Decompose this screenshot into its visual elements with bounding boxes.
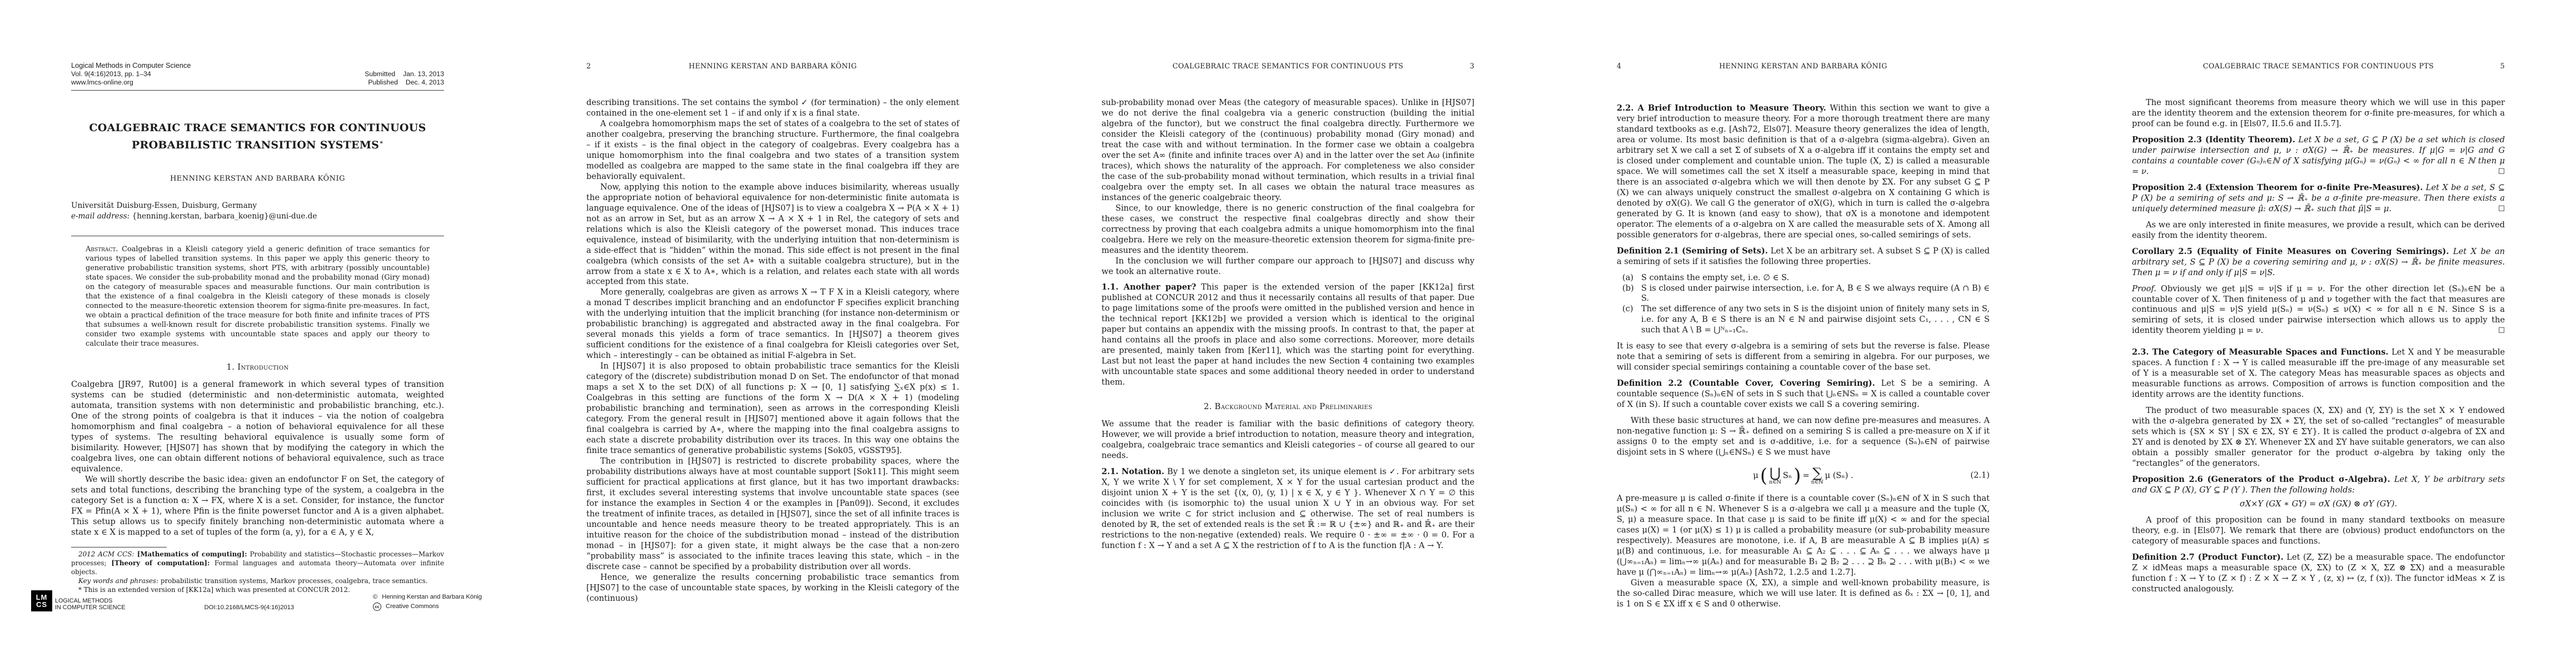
equation-body: μ ( ⋃n∈ℕ Sₙ ) = ∑n∈ℕ μ (Sₙ) . (1753, 467, 1853, 485)
body-paragraph: As we are only interested in finite meas… (2132, 220, 2505, 241)
running-head-text: HENNING KERSTAN AND BARBARA KÖNIG (1719, 62, 1887, 70)
body-paragraph: With these basic structures at hand, we … (1617, 416, 1990, 458)
email-value: {henning.kerstan, barbara_koenig}@uni-du… (132, 212, 317, 221)
union-operator: ⋃n∈ℕ (1769, 467, 1781, 485)
item-text: S contains the empty set, i.e. ∅ ∈ S. (1641, 273, 1990, 283)
qed-box: □ (2498, 326, 2505, 335)
running-head: 2 HENNING KERSTAN AND BARBARA KÖNIG (586, 62, 959, 70)
running-head: COALGEBRAIC TRACE SEMANTICS FOR CONTINUO… (2132, 62, 2505, 70)
intro-paragraph-2: We will shortly describe the basic idea:… (71, 475, 444, 538)
section-heading-introduction: 1. Introduction (71, 362, 444, 372)
lmcs-logo: LM CS (31, 590, 52, 611)
proof-label: Proof. (2132, 284, 2156, 293)
body-paragraph: The most significant theorems from measu… (2132, 98, 2505, 130)
document-canvas: Logical Methods in Computer Science Vol.… (0, 0, 2576, 667)
page-2-body: describing transitions. The set contains… (586, 98, 959, 604)
page-number: 4 (1617, 62, 1621, 70)
qed-box: □ (2498, 167, 2505, 176)
proposition-heading: Proposition 2.3 (Identity Theorem). (2132, 135, 2295, 145)
subsection-heading: 2.1. Notation. (1102, 467, 1164, 476)
abstract-text: Coalgebras in a Kleisli category yield a… (86, 245, 430, 348)
body-paragraph: Hence, we generalize the results concern… (586, 573, 959, 604)
affiliation-line: Universität Duisburg-Essen, Duisburg, Ge… (71, 201, 444, 211)
subsection-heading: 2.3. The Category of Measurable Spaces a… (2132, 347, 2389, 357)
cc-line: ccCreative Commons (373, 602, 482, 611)
corollary-heading: Corollary 2.5 (Equality of Finite Measur… (2132, 247, 2449, 256)
lmcs-logo-bottom: CS (36, 601, 47, 608)
body-paragraph: We assume that the reader is familiar wi… (1102, 419, 1474, 461)
equation-term: Sₙ (1783, 471, 1792, 481)
email-label: e-mail address: (71, 212, 129, 221)
intro-paragraph-1: Coalgebra [JR97, Rut00] is a general fra… (71, 380, 444, 475)
footnote-ccs-lead: 2012 ACM CCS: (78, 550, 134, 558)
equation-2-1: μ ( ⋃n∈ℕ Sₙ ) = ∑n∈ℕ μ (Sₙ) . (2.1) (1617, 467, 1990, 485)
body-paragraph: describing transitions. The set contains… (586, 98, 959, 119)
definition-heading: Definition 2.7 (Product Functor). (2132, 552, 2284, 562)
page-4: 4 HENNING KERSTAN AND BARBARA KÖNIG 2.2.… (1546, 0, 2061, 667)
submitted-row: Submitted Jan. 13, 2013 (365, 70, 444, 78)
journal-header: Logical Methods in Computer Science Vol.… (71, 61, 444, 87)
corollary-2-5: Corollary 2.5 (Equality of Finite Measur… (2132, 247, 2505, 278)
header-rule (71, 90, 444, 91)
equation-mu: μ (1753, 471, 1758, 481)
body-paragraph: More generally, coalgebras are given as … (586, 287, 959, 361)
definition-item-b: (b)S is closed under pairwise intersecti… (1622, 283, 1990, 305)
abstract-rule (71, 236, 444, 236)
body-paragraph: In the conclusion we will further compar… (1102, 256, 1474, 277)
subsection-1-1: 1.1. Another paper? This paper is the ex… (1102, 282, 1474, 388)
email-line: e-mail address: {henning.kerstan, barbar… (71, 211, 444, 221)
proposition-heading: Proposition 2.4 (Extension Theorem for σ… (2132, 183, 2423, 192)
cc-text: Creative Commons (386, 602, 439, 611)
paper-title-line1: COALGEBRAIC TRACE SEMANTICS FOR CONTINUO… (89, 122, 426, 134)
body-paragraph: It is easy to see that every σ-algebra i… (1617, 341, 1990, 373)
lmcs-logo-group: LM CS LOGICAL METHODS IN COMPUTER SCIENC… (31, 590, 126, 611)
section-heading-background: 2. Background Material and Preliminaries (1102, 401, 1474, 412)
running-head: COALGEBRAIC TRACE SEMANTICS FOR CONTINUO… (1102, 62, 1474, 70)
copyright-icon: © (373, 593, 377, 602)
footnote-rule (71, 547, 167, 547)
paper-title-line2: PROBABILISTIC TRANSITION SYSTEMS (132, 139, 379, 151)
running-head-text: COALGEBRAIC TRACE SEMANTICS FOR CONTINUO… (1173, 62, 1403, 70)
body-paragraph: The product of two measurable spaces (X,… (2132, 406, 2505, 469)
sum-operator: ∑n∈ℕ (1811, 467, 1823, 485)
footnote-ccs-bold-1: [Mathematics of computing]: (134, 550, 247, 558)
authors-line: HENNING KERSTAN AND BARBARA KÖNIG (71, 175, 444, 184)
body-paragraph: The contribution in [HJS07] is restricte… (586, 456, 959, 573)
proof-text: Obviously we get μ|S = ν|S if μ = ν. For… (2132, 284, 2505, 336)
item-text: The set difference of any two sets in S … (1641, 304, 1990, 336)
page-1: Logical Methods in Computer Science Vol.… (0, 0, 515, 667)
journal-url: www.lmcs-online.org (71, 78, 191, 87)
subsection-2-3: 2.3. The Category of Measurable Spaces a… (2132, 347, 2505, 400)
page-number: 2 (586, 62, 591, 70)
definition-2-1: Definition 2.1 (Semiring of Sets). Let X… (1617, 246, 1990, 267)
page-number: 5 (2500, 62, 2505, 70)
page-1-footer: LM CS LOGICAL METHODS IN COMPUTER SCIENC… (31, 590, 482, 611)
definition-2-7: Definition 2.7 (Product Functor). Let (Z… (2132, 552, 2505, 595)
footnote-ccs-bold-2: [Theory of computation]: (107, 559, 210, 567)
proof-block: Proof. Obviously we get μ|S = ν|S if μ =… (2132, 284, 2505, 337)
abstract: Abstract. Coalgebras in a Kleisli catego… (86, 245, 430, 349)
proposition-formula: σX×Y (GX ∗ GY) = σX (GX) ⊗ σY (GY). (2132, 499, 2505, 510)
lmcs-caption-line2: IN COMPUTER SCIENCE (55, 604, 126, 611)
affiliation-block: Universität Duisburg-Essen, Duisburg, Ge… (71, 201, 444, 221)
body-paragraph: sub-probability monad over Meas (the cat… (1102, 98, 1474, 203)
qed-box: □ (2498, 204, 2505, 213)
body-paragraph: Now, applying this notion to the example… (586, 182, 959, 288)
footnote-keywords: Key words and phrases: probabilistic tra… (71, 577, 444, 586)
close-paren: ) (1793, 469, 1801, 484)
item-marker: (c) (1622, 304, 1641, 336)
equation-tag: (2.1) (1970, 471, 1990, 481)
published-label: Published (368, 78, 398, 87)
item-marker: (a) (1622, 273, 1641, 283)
page-4-body: 2.2. A Brief Introduction to Measure The… (1617, 98, 1990, 610)
running-head-text: HENNING KERSTAN AND BARBARA KÖNIG (689, 62, 856, 70)
body-paragraph: A proof of this proposition can be found… (2132, 515, 2505, 547)
submitted-label: Submitted (365, 70, 395, 78)
cc-icon: cc (373, 603, 381, 611)
journal-volume: Vol. 9(4:16)2013, pp. 1–34 (71, 70, 191, 78)
paper-title: COALGEBRAIC TRACE SEMANTICS FOR CONTINUO… (71, 120, 444, 153)
item-text: S is closed under pairwise intersection,… (1641, 283, 1990, 305)
copyright-line: ©Henning Kerstan and Barbara König (373, 593, 482, 602)
page-5-body: The most significant theorems from measu… (2132, 98, 2505, 600)
definition-heading: Definition 2.1 (Semiring of Sets). (1617, 246, 1768, 256)
proposition-2-4: Proposition 2.4 (Extension Theorem for σ… (2132, 183, 2505, 215)
page-1-body: Logical Methods in Computer Science Vol.… (71, 61, 444, 595)
journal-name: Logical Methods in Computer Science (71, 61, 191, 70)
footnote-keywords-label: Key words and phrases: (78, 577, 158, 585)
body-paragraph: In [HJS07] it is also proposed to obtain… (586, 361, 959, 456)
abstract-label: Abstract. (86, 245, 118, 253)
journal-info: Logical Methods in Computer Science Vol.… (71, 61, 191, 87)
page-5: COALGEBRAIC TRACE SEMANTICS FOR CONTINUO… (2061, 0, 2576, 667)
published-date: Dec. 4, 2013 (406, 78, 444, 87)
body-paragraph: A pre-measure μ is called σ-finite if th… (1617, 494, 1990, 578)
open-paren: ( (1760, 469, 1767, 484)
running-head-text: COALGEBRAIC TRACE SEMANTICS FOR CONTINUO… (2203, 62, 2434, 70)
published-row: Published Dec. 4, 2013 (365, 78, 444, 87)
subsection-text: Within this section we want to give a ve… (1617, 103, 1990, 240)
footnote-ccs: 2012 ACM CCS: [Mathematics of computing]… (71, 550, 444, 577)
title-footnote-marker: ∗ (379, 139, 383, 146)
subsection-heading: 2.2. A Brief Introduction to Measure The… (1617, 103, 1826, 113)
lmcs-caption-line1: LOGICAL METHODS (55, 598, 126, 605)
page-number: 3 (1470, 62, 1474, 70)
definition-item-a: (a)S contains the empty set, i.e. ∅ ∈ S. (1622, 273, 1990, 283)
page-3-body: sub-probability monad over Meas (the cat… (1102, 98, 1474, 557)
footnote-keywords-text: probabilistic transition systems, Markov… (158, 577, 428, 585)
equation-rhs: μ (Sₙ) . (1825, 471, 1853, 481)
copyright-text: Henning Kerstan and Barbara König (382, 593, 482, 602)
doi-text: DOI:10.2168/LMCS-9(4:16)2013 (204, 604, 294, 611)
running-head: 4 HENNING KERSTAN AND BARBARA KÖNIG (1617, 62, 1990, 70)
proposition-2-6: Proposition 2.6 (Generators of the Produ… (2132, 475, 2505, 510)
subsection-2-1: 2.1. Notation. By 1 we denote a singleto… (1102, 467, 1474, 551)
copyright-block: ©Henning Kerstan and Barbara König ccCre… (373, 593, 482, 611)
page-2: 2 HENNING KERSTAN AND BARBARA KÖNIG desc… (515, 0, 1030, 667)
subsection-heading: 1.1. Another paper? (1102, 282, 1196, 292)
proposition-2-3: Proposition 2.3 (Identity Theorem). Let … (2132, 135, 2505, 177)
definition-heading: Definition 2.2 (Countable Cover, Coverin… (1617, 379, 1875, 388)
page-3: COALGEBRAIC TRACE SEMANTICS FOR CONTINUO… (1030, 0, 1546, 667)
item-marker: (b) (1622, 283, 1641, 305)
subsection-text: This paper is the extended version of th… (1102, 282, 1474, 387)
subsection-text: By 1 we denote a singleton set, its uniq… (1102, 467, 1474, 550)
definition-item-c: (c)The set difference of any two sets in… (1622, 304, 1990, 336)
proposition-heading: Proposition 2.6 (Generators of the Produ… (2132, 475, 2390, 484)
body-paragraph: A coalgebra homomorphism maps the set of… (586, 119, 959, 182)
definition-2-2: Definition 2.2 (Countable Cover, Coverin… (1617, 379, 1990, 410)
body-paragraph: Given a measurable space (X, ΣX), a simp… (1617, 578, 1990, 610)
journal-dates: Submitted Jan. 13, 2013 Published Dec. 4… (365, 70, 444, 87)
submitted-date: Jan. 13, 2013 (403, 70, 444, 78)
subsection-2-2: 2.2. A Brief Introduction to Measure The… (1617, 103, 1990, 241)
body-paragraph: Since, to our knowledge, there is no gen… (1102, 203, 1474, 256)
lmcs-logo-caption: LOGICAL METHODS IN COMPUTER SCIENCE (55, 598, 126, 611)
equals-sign: = (1803, 471, 1810, 481)
